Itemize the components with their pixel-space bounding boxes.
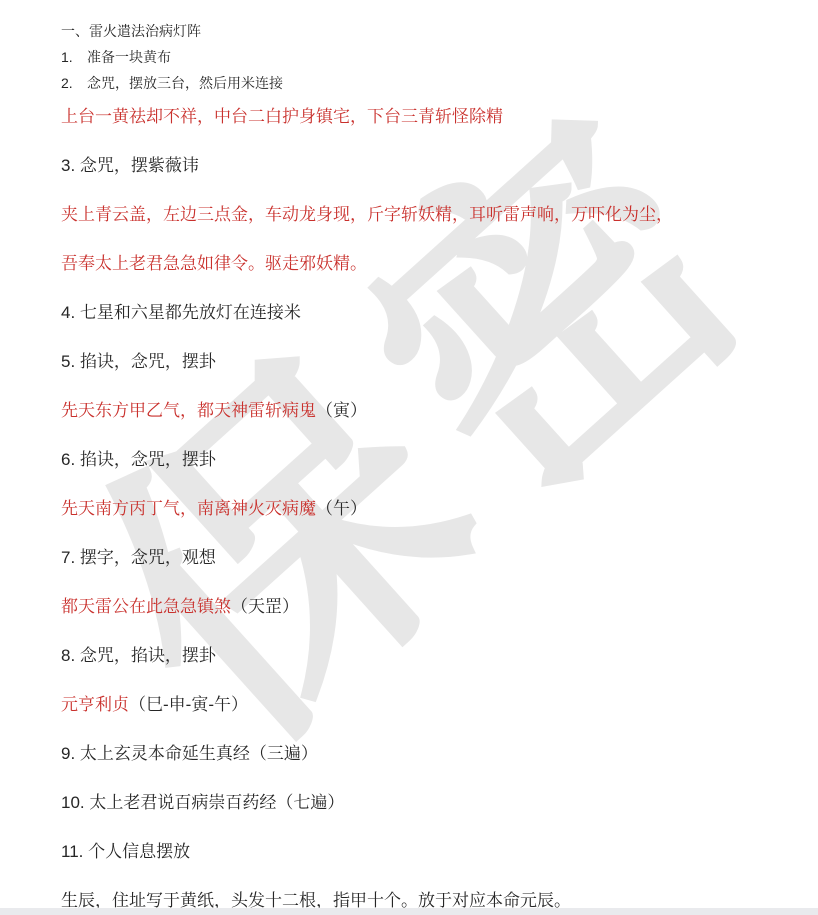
step-text: 3. 念咒，摆紫薇讳 [61, 156, 199, 175]
incantation-text: 夹上青云盖，左边三点金，车动龙身现，斤字斩妖精，耳听雷声响，万吓化为尘， [61, 205, 673, 224]
body-line: 3. 念咒，摆紫薇讳 [61, 154, 782, 178]
body-line: 5. 掐诀，念咒，摆卦 [61, 350, 782, 374]
body-line: 元亨利贞（巳-申-寅-午） [61, 693, 782, 717]
incantation-text: 先天南方丙丁气，南离神火灭病魔 [61, 499, 316, 518]
incantation-text: 都天雷公在此急急镇煞 [61, 597, 231, 616]
list-item-2: 2.念咒，摆放三台，然后用米连接 [61, 70, 782, 96]
body-line: 先天东方甲乙气，都天神雷斩病鬼（寅） [61, 399, 782, 423]
list-item-1: 1.准备一块黄布 [61, 44, 782, 70]
step-text: 9. 太上玄灵本命延生真经（三遍） [61, 744, 318, 763]
body-line: 11. 个人信息摆放 [61, 840, 782, 864]
body-line: 8. 念咒，掐诀，摆卦 [61, 644, 782, 668]
incantation-text: 吾奉太上老君急急如律令。驱走邪妖精。 [61, 254, 367, 273]
step-text: 7. 摆字，念咒，观想 [61, 548, 216, 567]
annotation-text: （午） [316, 499, 367, 518]
list-text: 念咒，摆放三台，然后用米连接 [87, 75, 283, 91]
incantation-text: 上台一黄祛却不祥，中台二白护身镇宅，下台三青斩怪除精 [61, 107, 503, 126]
body-line: 9. 太上玄灵本命延生真经（三遍） [61, 742, 782, 766]
body-line: 6. 掐诀，念咒，摆卦 [61, 448, 782, 472]
step-text: 4. 七星和六星都先放灯在连接米 [61, 303, 301, 322]
document-content: 一、雷火遣法治病灯阵 1.准备一块黄布 2.念咒，摆放三台，然后用米连接 上台一… [0, 0, 818, 913]
body-line: 10. 太上老君说百病崇百药经（七遍） [61, 791, 782, 815]
step-text: 10. 太上老君说百病崇百药经（七遍） [61, 793, 344, 812]
annotation-text: （寅） [316, 401, 367, 420]
body-line: 夹上青云盖，左边三点金，车动龙身现，斤字斩妖精，耳听雷声响，万吓化为尘， [61, 203, 782, 227]
bottom-edge-strip [0, 908, 818, 915]
step-text: 5. 掐诀，念咒，摆卦 [61, 352, 216, 371]
document-page: 保密 一、雷火遣法治病灯阵 1.准备一块黄布 2.念咒，摆放三台，然后用米连接 … [0, 0, 818, 915]
body-line: 都天雷公在此急急镇煞（天罡） [61, 595, 782, 619]
step-text: 8. 念咒，掐诀，摆卦 [61, 646, 216, 665]
step-text: 11. 个人信息摆放 [61, 842, 190, 861]
list-number: 1. [61, 44, 87, 70]
body-line: 4. 七星和六星都先放灯在连接米 [61, 301, 782, 325]
list-text: 准备一块黄布 [87, 49, 171, 65]
body-line: 7. 摆字，念咒，观想 [61, 546, 782, 570]
body-line: 吾奉太上老君急急如律令。驱走邪妖精。 [61, 252, 782, 276]
list-number: 2. [61, 70, 87, 96]
section-heading: 一、雷火遣法治病灯阵 [61, 18, 782, 44]
incantation-text: 先天东方甲乙气，都天神雷斩病鬼 [61, 401, 316, 420]
step-text: 6. 掐诀，念咒，摆卦 [61, 450, 216, 469]
annotation-text: （天罡） [231, 597, 299, 616]
incantation-text: 元亨利贞 [61, 695, 129, 714]
body-line: 先天南方丙丁气，南离神火灭病魔（午） [61, 497, 782, 521]
annotation-text: （巳-申-寅-午） [129, 695, 248, 714]
body-line: 上台一黄祛却不祥，中台二白护身镇宅，下台三青斩怪除精 [61, 105, 782, 129]
